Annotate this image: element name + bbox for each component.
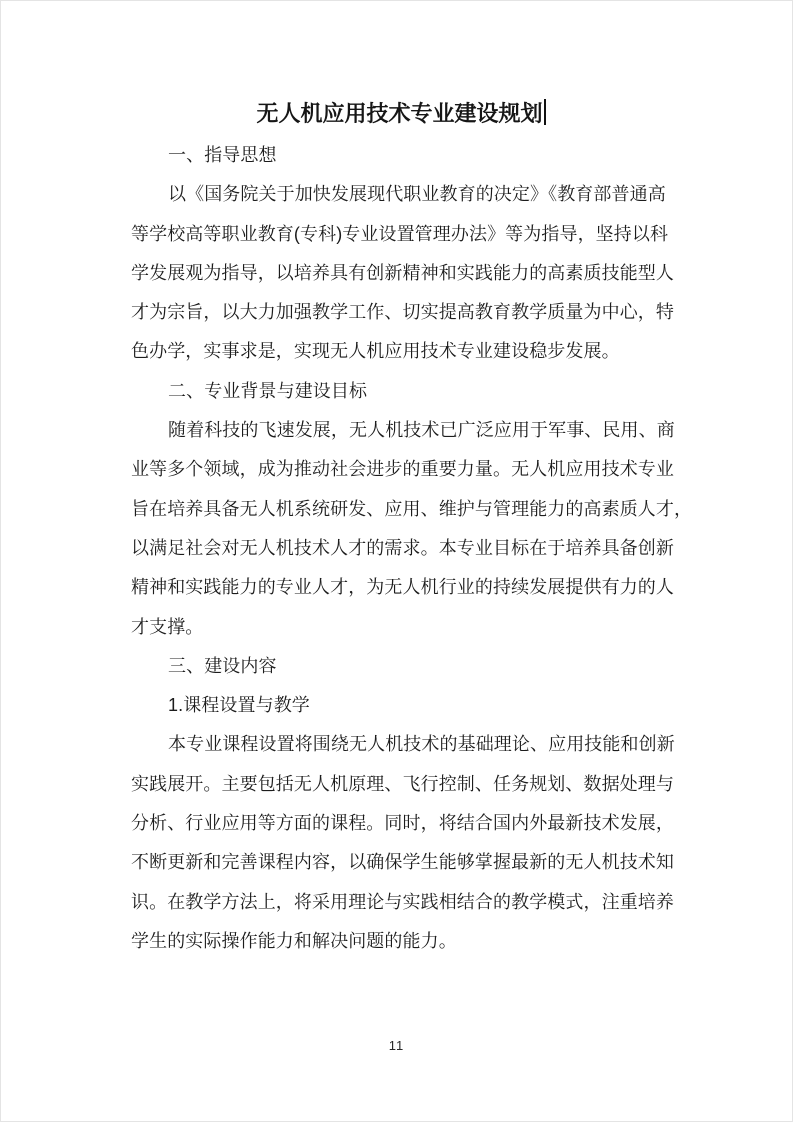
- body-line: 等学校高等职业教育(专科)专业设置管理办法》等为指导，坚持以科: [131, 215, 671, 254]
- body-line: 以满足社会对无人机技术人才的需求。本专业目标在于培养具备创新: [131, 529, 671, 568]
- page-number: 11: [0, 1038, 793, 1053]
- body-line: 学生的实际操作能力和解决问题的能力。: [131, 922, 671, 961]
- body-line: 才支撑。: [131, 608, 671, 647]
- body-line: 学发展观为指导，以培养具有创新精神和实践能力的高素质技能型人: [131, 254, 671, 293]
- body-line: 精神和实践能力的专业人才，为无人机行业的持续发展提供有力的人: [131, 568, 671, 607]
- document-title: 无人机应用技术专业建设规划: [131, 92, 671, 136]
- document-body: 无人机应用技术专业建设规划 一、指导思想 以《国务院关于加快发展现代职业教育的决…: [131, 92, 671, 961]
- section-heading: 一、指导思想: [131, 136, 671, 175]
- text-cursor: [544, 99, 546, 125]
- body-line: 才为宗旨，以大力加强教学工作、切实提高教育教学质量为中心，特: [131, 293, 671, 332]
- body-line: 本专业课程设置将围绕无人机技术的基础理论、应用技能和创新: [131, 725, 671, 764]
- body-line: 以《国务院关于加快发展现代职业教育的决定》《教育部普通高: [131, 175, 671, 214]
- body-line: 实践展开。主要包括无人机原理、飞行控制、任务规划、数据处理与: [131, 765, 671, 804]
- body-line: 色办学，实事求是，实现无人机应用技术专业建设稳步发展。: [131, 332, 671, 371]
- document-title-text: 无人机应用技术专业建设规划: [256, 101, 542, 126]
- body-line: 业等多个领域，成为推动社会进步的重要力量。无人机应用技术专业: [131, 450, 671, 489]
- body-line: 随着科技的飞速发展，无人机技术已广泛应用于军事、民用、商: [131, 411, 671, 450]
- subsection-heading: 1.课程设置与教学: [131, 686, 671, 725]
- section-heading: 二、专业背景与建设目标: [131, 372, 671, 411]
- section-heading: 三、建设内容: [131, 647, 671, 686]
- document-page[interactable]: 无人机应用技术专业建设规划 一、指导思想 以《国务院关于加快发展现代职业教育的决…: [0, 0, 793, 1122]
- body-line: 识。在教学方法上，将采用理论与实践相结合的教学模式，注重培养: [131, 883, 671, 922]
- body-line: 旨在培养具备无人机系统研发、应用、维护与管理能力的高素质人才，: [131, 490, 671, 529]
- body-line: 分析、行业应用等方面的课程。同时，将结合国内外最新技术发展，: [131, 804, 671, 843]
- body-line: 不断更新和完善课程内容，以确保学生能够掌握最新的无人机技术知: [131, 843, 671, 882]
